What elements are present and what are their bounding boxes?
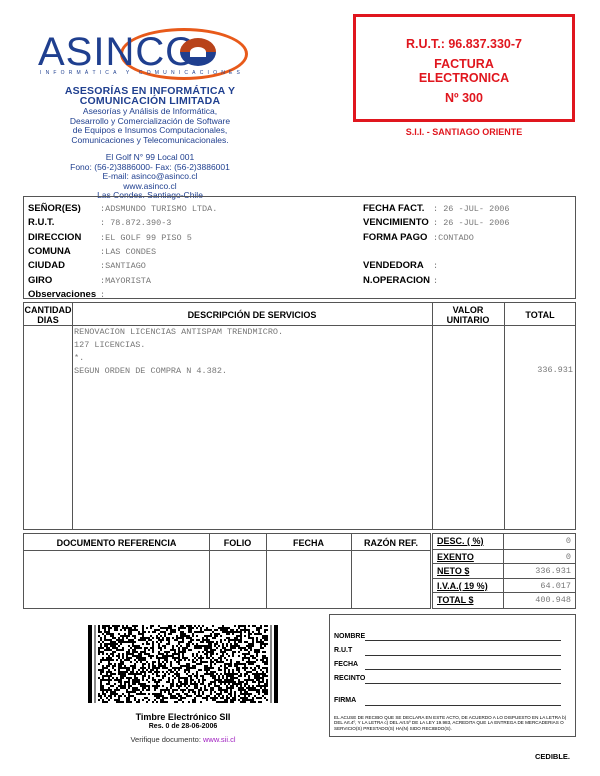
items-table: CANTIDAD DIAS DESCRIPCIÓN DE SERVICIOS V… <box>23 302 576 530</box>
field-value: : 78.872.390-3 <box>100 218 171 228</box>
receipt-line-firma[interactable] <box>365 705 561 706</box>
field-value: :ADSMUNDO TURISMO LTDA. <box>100 204 217 214</box>
header-qty-line1: CANTIDAD <box>24 305 72 315</box>
description-line: SEGUN ORDEN DE COMPRA N 4.382. <box>74 365 283 378</box>
receipt-field-recinto: RECINTO <box>334 675 365 682</box>
field-label: N.OPERACION <box>363 274 433 288</box>
header-total: TOTAL <box>504 310 576 320</box>
stamp-title: Timbre Electrónico SII <box>88 712 278 722</box>
totals-row: NETO $336.931 <box>433 563 575 579</box>
totals-label: DESC. ( %) <box>437 536 484 546</box>
pdf417-barcode <box>88 625 278 703</box>
issuer-info: ASESORÍAS EN INFORMÁTICA Y COMUNICACIÓN … <box>30 86 270 201</box>
item-line-total: 336.931 <box>537 365 573 375</box>
field-label: Observaciones <box>28 288 100 302</box>
issuer-description: Asesorías y Análisis de Informática, Des… <box>30 107 270 145</box>
receipt-field-fecha: FECHA <box>334 661 358 668</box>
client-field: COMUNA:LAS CONDES <box>28 243 156 257</box>
references-table: DOCUMENTO REFERENCIA FOLIO FECHA RAZÓN R… <box>23 533 431 609</box>
electronic-stamp: Timbre Electrónico SII Res. 0 de 28-06-2… <box>88 712 278 744</box>
field-value: : 26 -JUL- 2006 <box>433 204 510 214</box>
invoice-field: VENDEDORA: <box>363 257 438 271</box>
header-folio: FOLIO <box>209 538 266 548</box>
header-divider <box>24 550 430 551</box>
client-info-box: SEÑOR(ES):ADSMUNDO TURISMO LTDA.R.U.T.: … <box>23 196 576 299</box>
header-qty-line2: DIAS <box>24 315 72 325</box>
totals-row: DESC. ( %)0 <box>433 534 575 549</box>
invoice-field: VENCIMIENTO: 26 -JUL- 2006 <box>363 214 510 228</box>
totals-label: NETO $ <box>437 566 469 576</box>
field-value: : <box>433 276 438 286</box>
header-razon-ref: RAZÓN REF. <box>351 538 431 548</box>
header-description: DESCRIPCIÓN DE SERVICIOS <box>72 310 432 320</box>
totals-row: TOTAL $400.948 <box>433 592 575 608</box>
document-number: Nº 300 <box>356 91 572 105</box>
logo-mountain-icon <box>180 38 216 66</box>
receipt-line-nombre[interactable] <box>365 640 561 641</box>
logo-subtitle: INFORMÁTICA Y COMUNICACIONES <box>40 70 244 76</box>
totals-value: 0 <box>566 552 571 562</box>
stamp-verify: Verifique documento: www.sii.cl <box>88 735 278 744</box>
receipt-field-rut: R.U.T <box>334 647 352 654</box>
document-type-line2: ELECTRONICA <box>356 71 572 85</box>
field-value: :MAYORISTA <box>100 276 151 286</box>
document-id-box: R.U.T.: 96.837.330-7 FACTURA ELECTRONICA… <box>353 14 575 122</box>
totals-value: 64.017 <box>540 581 571 591</box>
totals-row: I.V.A.( 19 %)64.017 <box>433 578 575 594</box>
field-value: :SANTIAGO <box>100 261 146 271</box>
receipt-field-nombre: NOMBRE <box>334 633 365 640</box>
description-line: 127 LICENCIAS. <box>74 339 283 352</box>
invoice-field: FORMA PAGO:CONTADO <box>363 229 474 243</box>
totals-label: TOTAL $ <box>437 595 474 605</box>
header-qty: CANTIDAD DIAS <box>24 305 72 325</box>
totals-box: DESC. ( %)0EXENTO0NETO $336.931I.V.A.( 1… <box>432 533 576 609</box>
totals-label: I.V.A.( 19 %) <box>437 581 488 591</box>
client-field: SEÑOR(ES):ADSMUNDO TURISMO LTDA. <box>28 200 217 214</box>
totals-row: EXENTO0 <box>433 549 575 565</box>
document-type-line1: FACTURA <box>356 57 572 71</box>
field-value: :CONTADO <box>433 233 474 243</box>
client-field: GIRO:MAYORISTA <box>28 272 151 286</box>
item-description: RENOVACION LICENCIAS ANTISPAM TRENDMICRO… <box>74 326 283 378</box>
field-value: : 26 -JUL- 2006 <box>433 218 510 228</box>
issuer-name-line2: COMUNICACIÓN LIMITADA <box>30 96 270 106</box>
description-line: *. <box>74 352 283 365</box>
issuer-rut: R.U.T.: 96.837.330-7 <box>356 37 572 51</box>
field-value: : <box>100 290 105 300</box>
header-unit-line1: VALOR <box>432 305 504 315</box>
receipt-line-rut[interactable] <box>365 655 561 656</box>
cedible-label: CEDIBLE. <box>535 752 570 761</box>
company-logo: ASINCO INFORMÁTICA Y COMUNICACIONES <box>38 28 253 83</box>
client-field: DIRECCION:EL GOLF 99 PISO 5 <box>28 229 192 243</box>
header-doc-ref: DOCUMENTO REFERENCIA <box>24 538 209 548</box>
description-line: RENOVACION LICENCIAS ANTISPAM TRENDMICRO… <box>74 326 283 339</box>
col-divider <box>504 303 505 529</box>
document-type: FACTURA ELECTRONICA <box>356 57 572 85</box>
receipt-line-fecha[interactable] <box>365 669 561 670</box>
totals-label: EXENTO <box>437 552 474 562</box>
issuer-address: El Golf N° 99 Local 001 Fono: (56-2)3886… <box>30 153 270 201</box>
receipt-line-recinto[interactable] <box>365 683 561 684</box>
receipt-legal-text: EL ACUSE DE RECIBO QUE SE DECLARA EN EST… <box>334 715 570 731</box>
logo-text: ASINCO <box>38 30 197 75</box>
client-field: CIUDAD:SANTIAGO <box>28 257 146 271</box>
client-field: R.U.T.: 78.872.390-3 <box>28 214 171 228</box>
field-value: :LAS CONDES <box>100 247 156 257</box>
totals-value: 336.931 <box>535 566 571 576</box>
client-field: Observaciones: <box>28 286 105 300</box>
verify-label: Verifique documento: <box>130 735 203 744</box>
col-divider <box>72 303 73 529</box>
receipt-field-firma: FIRMA <box>334 697 356 704</box>
invoice-field: N.OPERACION: <box>363 272 438 286</box>
col-divider <box>432 303 433 529</box>
sii-office: S.I.I. - SANTIAGO ORIENTE <box>353 127 575 137</box>
stamp-resolution: Res. 0 de 28-06-2006 <box>88 723 278 730</box>
invoice-field: FECHA FACT.: 26 -JUL- 2006 <box>363 200 510 214</box>
header-unit-value: VALOR UNITARIO <box>432 305 504 325</box>
field-value: :EL GOLF 99 PISO 5 <box>100 233 192 243</box>
field-label: FORMA PAGO <box>363 231 433 245</box>
receipt-acknowledgement-box: NOMBRE R.U.T FECHA RECINTO FIRMA EL ACUS… <box>329 614 576 737</box>
field-value: : <box>433 261 438 271</box>
header-unit-line2: UNITARIO <box>432 315 504 325</box>
header-fecha: FECHA <box>266 538 351 548</box>
sii-link[interactable]: www.sii.cl <box>203 735 236 744</box>
totals-value: 400.948 <box>535 595 571 605</box>
totals-value: 0 <box>566 536 571 546</box>
desc-line: Comunicaciones y Telecomunicacionales. <box>30 136 270 146</box>
